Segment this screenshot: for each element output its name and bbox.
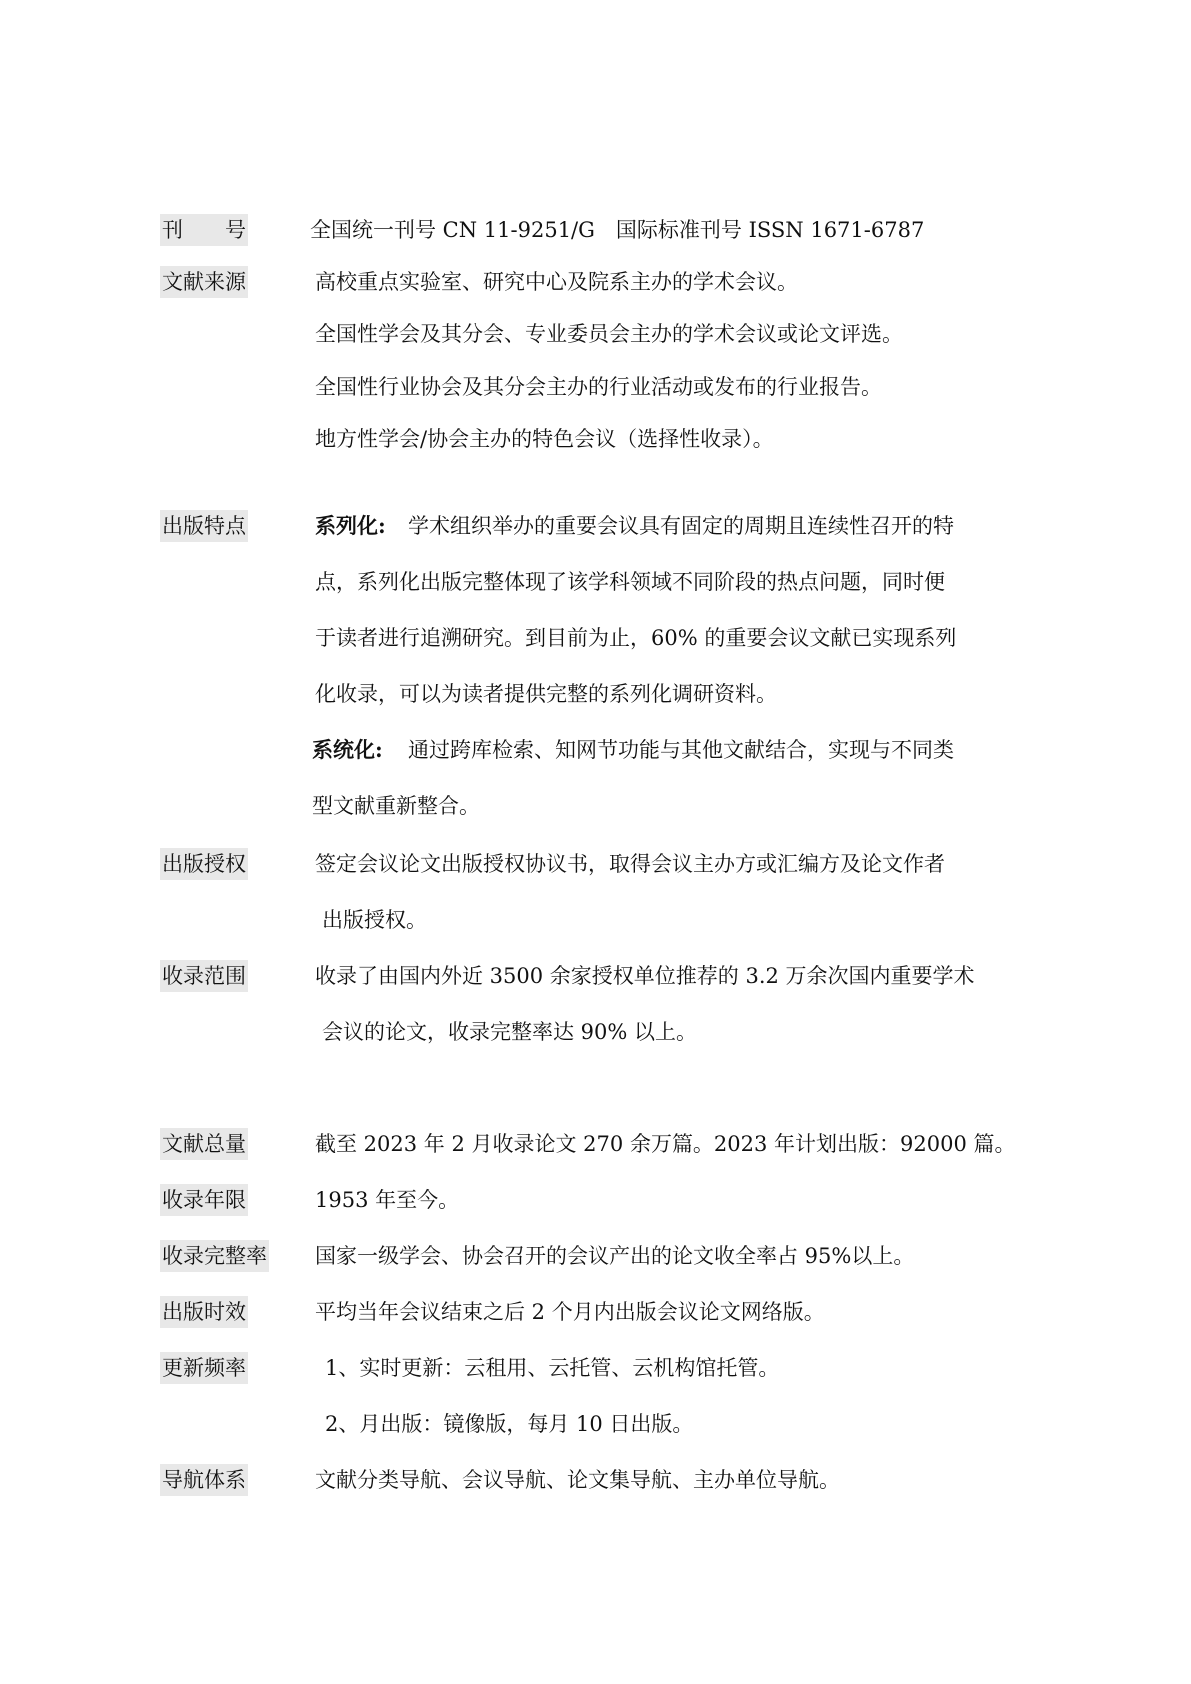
source-line-3: 全国性行业协会及其分会主办的行业活动或发布的行业报告。 [315,371,882,403]
label-coverage-years: 收录年限 [160,1184,248,1216]
feature-systematization-line-2: 型文献重新整合。 [312,790,480,822]
feature-serialization-line-1: 学术组织举办的重要会议具有固定的周期且连续性召开的特 [408,510,954,542]
label-publishing-authorization: 出版授权 [160,848,248,880]
label-update-frequency: 更新频率 [160,1352,248,1384]
timeliness-text: 平均当年会议结束之后 2 个月内出版会议论文网络版。 [315,1296,825,1328]
label-publishing-timeliness: 出版时效 [160,1296,248,1328]
label-completeness-rate: 收录完整率 [160,1240,269,1272]
label-coverage-scope: 收录范围 [160,960,248,992]
label-features: 出版特点 [160,510,248,542]
update-frequency-line-2: 2、月出版：镜像版，每月 10 日出版。 [325,1408,693,1440]
label-source: 文献来源 [160,266,248,298]
coverage-years-text: 1953 年至今。 [315,1184,459,1216]
coverage-line-1: 收录了由国内外近 3500 余家授权单位推荐的 3.2 万余次国内重要学术 [315,960,975,992]
label-issue-number: 刊 号 [160,214,248,246]
update-frequency-line-1: 1、实时更新：云租用、云托管、云机构馆托管。 [325,1352,779,1384]
label-navigation-system: 导航体系 [160,1464,248,1496]
feature-serialization-line-3: 于读者进行追溯研究。到目前为止，60% 的重要会议文献已实现系列 [315,622,956,654]
feature-systematization-title: 系统化: [312,734,383,766]
source-line-2: 全国性学会及其分会、专业委员会主办的学术会议或论文评选。 [315,318,903,350]
source-line-1: 高校重点实验室、研究中心及院系主办的学术会议。 [315,266,798,298]
navigation-system-text: 文献分类导航、会议导航、论文集导航、主办单位导航。 [315,1464,840,1496]
authorization-line-1: 签定会议论文出版授权协议书，取得会议主办方或汇编方及论文作者 [315,848,945,880]
completeness-rate-text: 国家一级学会、协会召开的会议产出的论文收全率占 95%以上。 [315,1240,914,1272]
feature-serialization-title: 系列化: [315,510,386,542]
source-line-4: 地方性学会/协会主办的特色会议（选择性收录）。 [315,423,774,455]
coverage-line-2: 会议的论文，收录完整率达 90% 以上。 [322,1016,697,1048]
feature-serialization-line-4: 化收录，可以为读者提供完整的系列化调研资料。 [315,678,777,710]
total-volume-text: 截至 2023 年 2 月收录论文 270 余万篇。2023 年计划出版：920… [315,1128,1016,1160]
feature-systematization-line-1: 通过跨库检索、知网节功能与其他文献结合，实现与不同类 [408,734,954,766]
authorization-line-2: 出版授权。 [322,904,427,936]
feature-serialization-line-2: 点，系列化出版完整体现了该学科领域不同阶段的热点问题，同时便 [315,566,945,598]
issue-number-text: 全国统一刊号 CN 11-9251/G 国际标准刊号 ISSN 1671-678… [310,214,924,246]
label-total-volume: 文献总量 [160,1128,248,1160]
